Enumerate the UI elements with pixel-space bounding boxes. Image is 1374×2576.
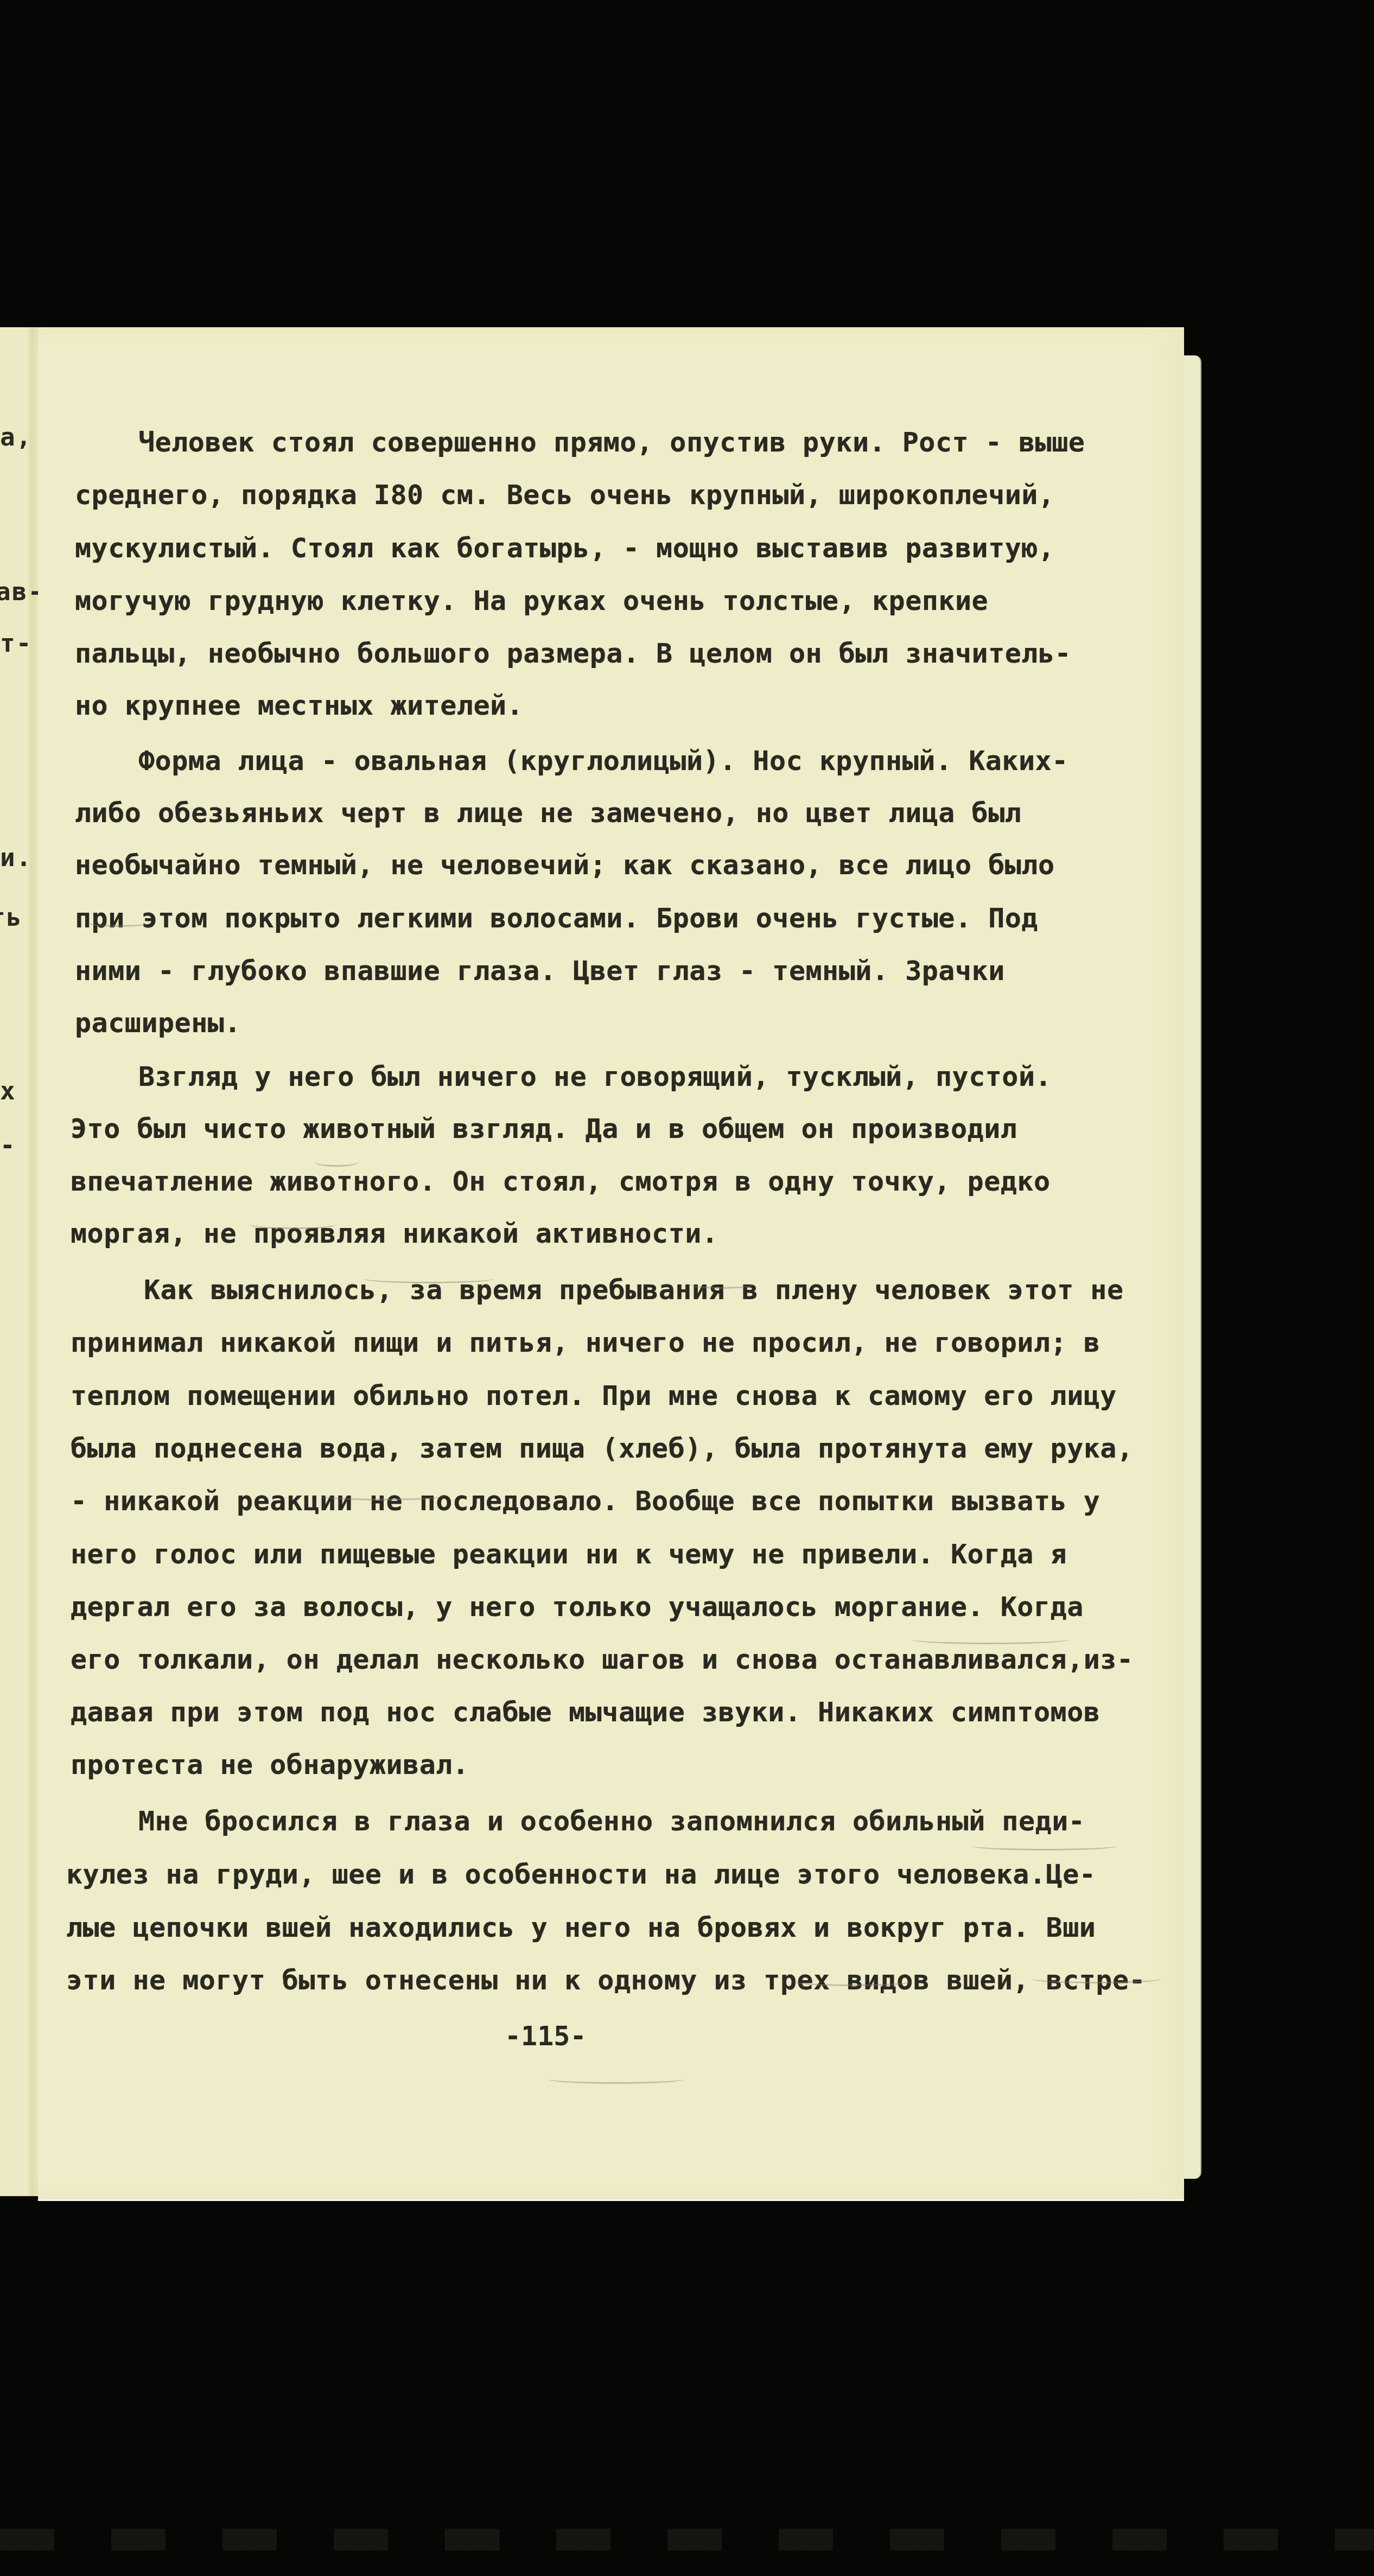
text-line: - никакой реакции не последовало. Вообще… <box>71 1485 1100 1517</box>
pencil-mark <box>87 918 152 927</box>
pencil-mark <box>315 1157 358 1167</box>
text-line: него голос или пищевые реакции ни к чему… <box>71 1538 1067 1570</box>
text-line: ними - глубоко впавшие глаза. Цвет глаз … <box>75 955 1005 987</box>
text-line: необычайно темный, не человечий; как ска… <box>75 849 1055 881</box>
text-line: либо обезьяньих черт в лице не замечено,… <box>75 797 1021 829</box>
pencil-mark <box>364 1274 494 1283</box>
previous-page-strip: а, ав- т- и. ть х - <box>0 327 36 2196</box>
previous-page-fragment: - <box>0 1130 16 1160</box>
text-line: принимал никакой пищи и питья, ничего не… <box>71 1327 1100 1358</box>
text-line: Человек стоял совершенно прямо, опустив … <box>71 427 1085 458</box>
text-line: впечатление животного. Он стоял, смотря … <box>71 1166 1051 1197</box>
text-line: но крупнее местных жителей. <box>75 690 523 721</box>
text-line: была поднесена вода, затем пища (хлеб), … <box>71 1433 1134 1464</box>
text-line: Форма лица - овальная (круглолицый). Нос… <box>71 745 1068 777</box>
previous-page-fragment: и. <box>0 843 32 872</box>
text-line: кулез на груди, шее и в особенности на л… <box>66 1859 1096 1890</box>
text-line: лые цепочки вшей находились у него на бр… <box>66 1912 1096 1943</box>
pencil-mark <box>912 1635 1069 1644</box>
document-page: Человек стоял совершенно прямо, опустив … <box>38 327 1184 2201</box>
text-line: протеста не обнаруживал. <box>71 1749 469 1780</box>
text-line: пальцы, необычно большого размера. В цел… <box>75 638 1071 669</box>
text-line: его толкали, он делал несколько шагов и … <box>71 1644 1134 1675</box>
pencil-mark <box>548 2075 684 2084</box>
pencil-mark <box>320 1491 445 1500</box>
previous-page-fragment: ав- <box>0 577 44 606</box>
page-gutter <box>28 327 38 2196</box>
pencil-mark <box>971 1841 1118 1850</box>
previous-page-fragment: а, <box>0 422 32 451</box>
text-line: расширены. <box>75 1007 241 1039</box>
text-line: давая при этом под нос слабые мычащие зв… <box>71 1696 1100 1728</box>
page-number: -115- <box>505 2020 587 2052</box>
text-line: Это был чисто животный взгляд. Да и в об… <box>71 1113 1017 1144</box>
pencil-mark <box>689 1280 754 1289</box>
previous-page-fragment: ть <box>0 902 22 932</box>
pencil-mark <box>792 1977 912 1986</box>
text-line: при этом покрыто легкими волосами. Брови… <box>75 902 1038 934</box>
text-line: моргая, не проявляя никакой активности. <box>71 1218 718 1249</box>
text-line: Мне бросился в глаза и особенно запомнил… <box>71 1805 1085 1837</box>
scanner-artifact-band <box>0 2529 1374 2550</box>
previous-page-fragment: х <box>0 1076 16 1105</box>
text-line: эти не могут быть отнесены ни к одному и… <box>66 1964 1146 1996</box>
previous-page-fragment: т- <box>0 628 32 658</box>
pencil-mark <box>1031 1974 1161 1983</box>
text-line: Взгляд у него был ничего не говорящий, т… <box>71 1061 1052 1092</box>
text-line: теплом помещении обильно потел. При мне … <box>71 1380 1117 1411</box>
text-line: Как выяснилось, за время пребывания в пл… <box>76 1274 1124 1306</box>
pencil-mark <box>250 1220 336 1229</box>
text-line: могучую грудную клетку. На руках очень т… <box>75 585 988 616</box>
text-line: дергал его за волосы, у него только учащ… <box>71 1591 1084 1623</box>
text-line: среднего, порядка I80 см. Весь очень кру… <box>75 479 1055 511</box>
text-line: мускулистый. Стоял как богатырь, - мощно… <box>75 532 1055 564</box>
